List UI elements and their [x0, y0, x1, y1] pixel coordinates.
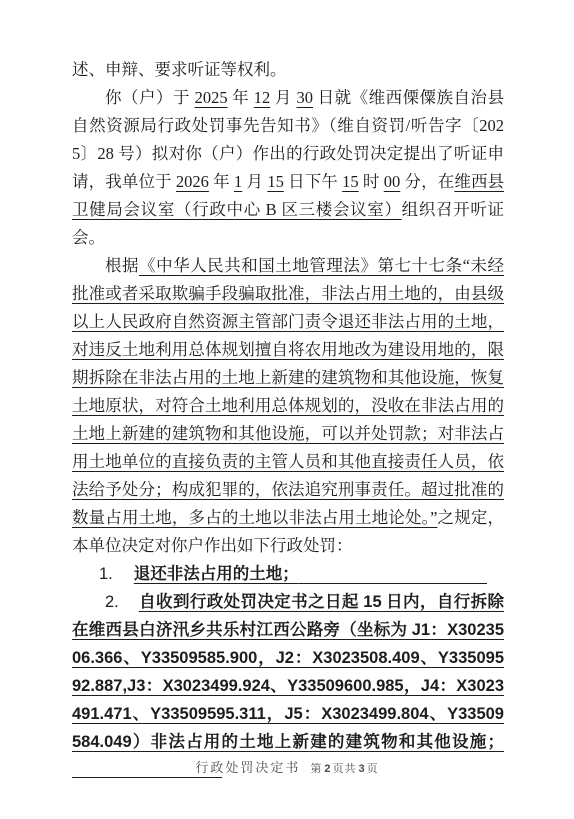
item-2-text: 自收到行政处罚决定书之日起: [139, 592, 364, 611]
hearing-day: 15: [267, 172, 284, 191]
page-footer: 行政处罚决定书第2页共3页: [0, 757, 574, 777]
paragraph-rights-tail: 述、申辩、要求听证等权利。: [72, 56, 504, 84]
item-1-number: 1.: [99, 560, 113, 588]
text-run: 年: [228, 88, 254, 107]
item-2-tail-text: ）非法占用的土地上新建的建筑物和其他设施；: [132, 732, 504, 751]
text-run: 月: [270, 88, 296, 107]
notice-day: 30: [297, 88, 314, 107]
text-run: 年: [209, 172, 234, 191]
hearing-hour: 15: [342, 172, 359, 191]
text-run: 分，在: [400, 172, 454, 191]
footer-page-conjunction: 共: [345, 763, 357, 775]
paragraph-hearing-notice: 你（户）于 2025 年 12 月 30 日就《维西傈僳族自治县自然资源局行政处…: [72, 84, 504, 252]
footer-doc-type: 行政处罚决定书: [195, 760, 300, 775]
item-2-days-value: 15: [363, 593, 381, 611]
legal-basis-intro: 根据: [105, 256, 139, 275]
text-run: 时: [359, 172, 384, 191]
hearing-year: 2026: [176, 172, 209, 191]
text-run: 月: [242, 172, 267, 191]
footer-page-unit: 页: [333, 763, 345, 775]
footer-page-total: 3: [357, 763, 367, 775]
rights-statement-text: 述、申辩、要求听证等权利。: [72, 60, 287, 79]
item-2-number: 2.: [105, 593, 139, 611]
notice-year: 2025: [195, 88, 228, 107]
document-page: 述、申辩、要求听证等权利。 你（户）于 2025 年 12 月 30 日就《维西…: [0, 0, 574, 819]
text-run: 日下午: [284, 172, 342, 191]
footer-page-unit-2: 页: [367, 763, 379, 775]
notice-month: 12: [254, 88, 271, 107]
text-run: 你（户）于: [105, 88, 195, 107]
document-body: 述、申辩、要求听证等权利。 你（户）于 2025 年 12 月 30 日就《维西…: [72, 56, 504, 784]
paragraph-legal-basis: 根据《中华人民共和国土地管理法》第七十七条“未经批准或者采取欺骗手段骗取批准，非…: [72, 252, 504, 560]
penalty-item-1: 1.退还非法占用的土地；: [99, 560, 504, 588]
footer-page-current: 2: [322, 763, 332, 775]
legal-quote-land-administration-law: 《中华人民共和国土地管理法》第七十七条“未经批准或者采取欺骗手段骗取批准，非法占…: [72, 256, 504, 527]
hearing-month: 1: [234, 172, 242, 191]
item-1-blank-underline: [299, 560, 487, 584]
item-1-text: 退还非法占用的土地；: [134, 560, 299, 588]
footer-page-prefix: 第: [310, 763, 322, 775]
penalty-item-2: 2.自收到行政处罚决定书之日起 15 日内，自行拆除在维西县白济汛乡共乐村江西公…: [72, 588, 504, 784]
hearing-minute: 00: [384, 172, 401, 191]
